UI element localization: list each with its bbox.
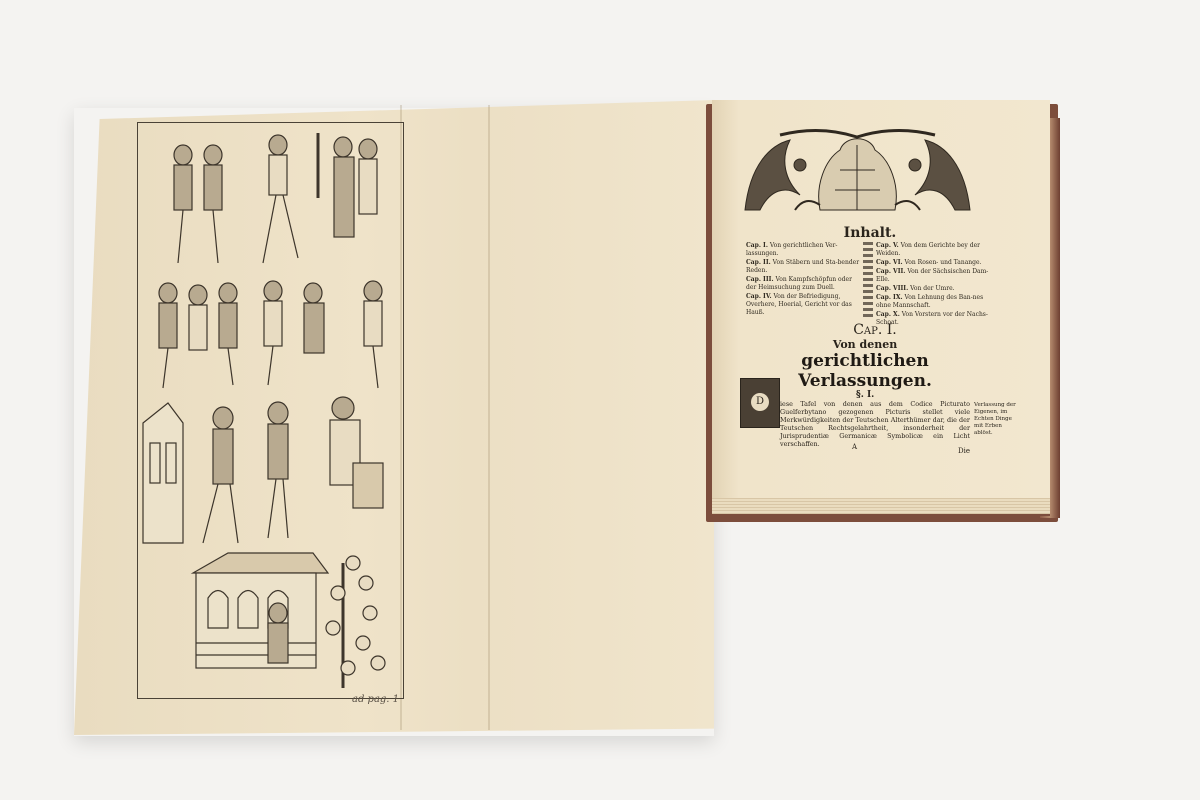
plate-caption: ad pag. 1 [352, 694, 399, 705]
toc-label: Cap. V. [876, 242, 899, 249]
engraved-plate [137, 122, 404, 699]
toc-entry: Cap. I. Von gerichtlichen Ver-lassungen. [746, 242, 861, 258]
toc-label: Cap. VIII. [876, 285, 908, 292]
page-edges [712, 498, 1050, 516]
toc-divider-ornament-icon [863, 242, 873, 320]
toc-label: Cap. I. [746, 242, 768, 249]
toc-entry: Cap. IV. Von der Befriedigung, Overhere,… [746, 293, 861, 317]
toc-label: Cap. IV. [746, 293, 772, 300]
toc-label: Cap. III. [746, 276, 774, 283]
toc-label: Cap. VII. [876, 268, 905, 275]
body-text: iese Tafel von denen aus dem Codice Pict… [780, 400, 970, 448]
toc-label: Cap. VI. [876, 259, 903, 266]
toc-entry: Cap. V. Von dem Gerichte bey der Weiden. [876, 242, 991, 258]
toc-entry: Cap. VI. Von Rosen- und Tanange. [876, 259, 991, 267]
toc-entry: Cap. II. Von Stäbern und Sta-bender Rede… [746, 259, 861, 275]
toc-text: Von Rosen- und Tanange. [905, 259, 982, 266]
toc-entry: Cap. III. Von Kampfschöpfun oder der Hei… [746, 276, 861, 292]
toc-text: Von der Umre. [910, 285, 954, 292]
catchword: Die [958, 447, 970, 455]
decorated-initial-icon: D [740, 378, 780, 428]
toc-entry: Cap. VII. Von der Sächsischen Dam-Elle. [876, 268, 991, 284]
headpiece-ornament-icon [740, 125, 975, 215]
toc-right-column: Cap. V. Von dem Gerichte bey der Weiden.… [876, 242, 991, 328]
toc-entry: Cap. VIII. Von der Umre. [876, 285, 991, 293]
toc-label: Cap. II. [746, 259, 771, 266]
chapter-title: gerichtlichen Verlassungen. [750, 351, 980, 391]
chapter-subtitle: Von denen [790, 338, 940, 351]
engraving-illustration-icon [138, 123, 403, 698]
fold-crease [488, 105, 490, 730]
initial-letter: D [751, 393, 769, 411]
toc-left-column: Cap. I. Von gerichtlichen Ver-lassungen.… [746, 242, 861, 318]
signature-mark: A [852, 443, 857, 451]
section-mark: §. I. [856, 390, 874, 400]
toc-heading: Inhalt. [830, 225, 910, 241]
toc-label: Cap. X. [876, 311, 900, 318]
toc-label: Cap. IX. [876, 294, 903, 301]
chapter-label: Cap. I. [800, 322, 950, 338]
toc-entry: Cap. IX. Von Lehnung des Ban-nes ohne Ma… [876, 294, 991, 310]
margin-note: Verlassung der Eigenen, im Echten Dinge … [974, 402, 1020, 437]
